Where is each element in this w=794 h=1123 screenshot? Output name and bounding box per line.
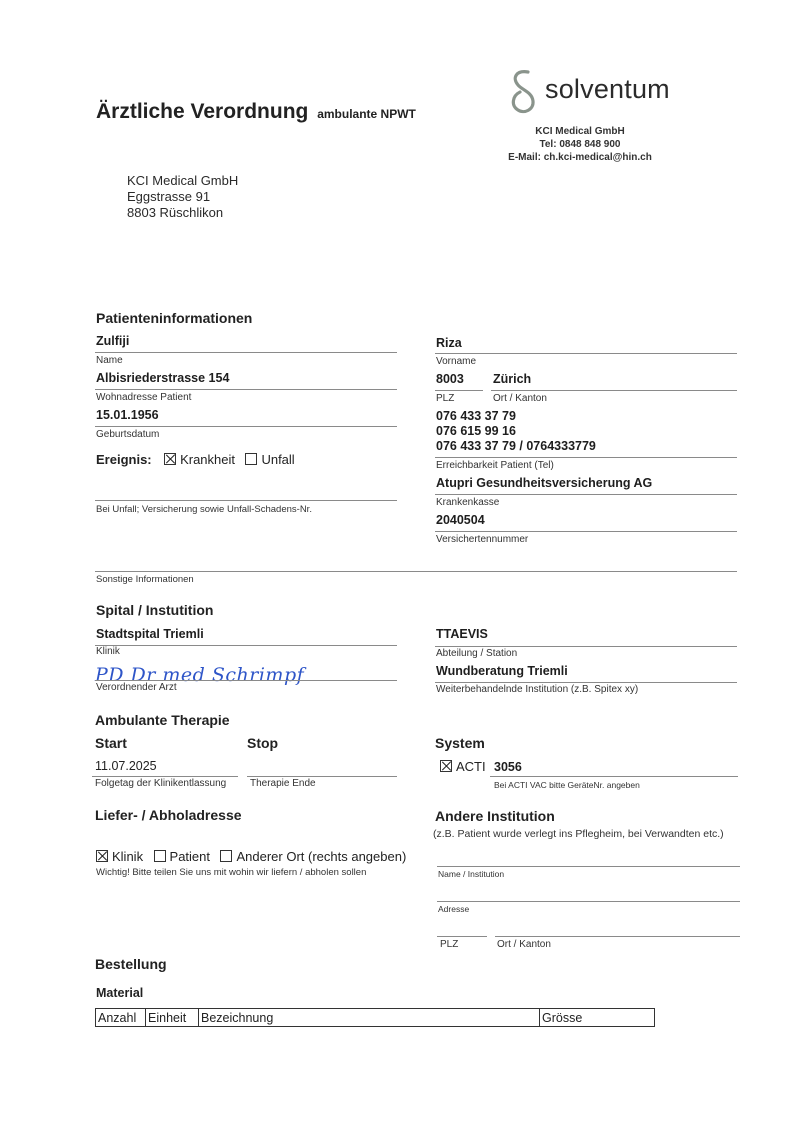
divider <box>92 776 238 777</box>
followup-value[interactable]: Wundberatung Triemli <box>436 664 568 678</box>
solventum-s-icon <box>506 68 540 116</box>
brand-contact: KCI Medical GmbH Tel: 0848 848 900 E-Mai… <box>500 125 660 164</box>
brand-tel: Tel: 0848 848 900 <box>500 138 660 151</box>
section-patient-title: Patienteninformationen <box>96 310 252 326</box>
divider <box>435 682 737 683</box>
other-institution-address-label: Adresse <box>438 904 469 914</box>
divider <box>435 646 737 647</box>
patient-phone-label: Erreichbarkeit Patient (Tel) <box>436 460 554 471</box>
therapy-stop-label: Therapie Ende <box>250 778 316 789</box>
recipient-company: KCI Medical GmbH <box>127 173 238 189</box>
option-label: Patient <box>170 849 210 864</box>
column-header-anzahl: Anzahl <box>96 1009 146 1027</box>
therapy-start-value[interactable]: 11.07.2025 <box>95 759 157 773</box>
device-number-label: Bei ACTI VAC bitte GeräteNr. angeben <box>494 780 640 790</box>
other-institution-city-label: Ort / Kanton <box>497 939 551 950</box>
patient-address-label: Wohnadresse Patient <box>96 392 191 403</box>
checkbox-empty-icon[interactable] <box>245 453 257 465</box>
recipient-address: KCI Medical GmbH Eggstrasse 91 8803 Rüsc… <box>127 173 238 221</box>
event-label: Ereignis: <box>96 452 152 467</box>
option-label: Anderer Ort (rechts angeben) <box>236 849 406 864</box>
other-institution-plz-field[interactable] <box>437 936 487 937</box>
other-institution-plz-label: PLZ <box>440 939 458 950</box>
patient-phone-list[interactable]: 076 433 37 79 076 615 99 16 076 433 37 7… <box>436 409 596 454</box>
clinic-value[interactable]: Stadtspital Triemli <box>96 627 204 641</box>
delivery-option-patient[interactable]: Patient <box>154 849 210 864</box>
patient-name-value[interactable]: Zulfiji <box>96 334 129 348</box>
divider <box>435 531 737 532</box>
followup-label: Weiterbehandelnde Institution (z.B. Spit… <box>436 684 638 695</box>
insurance-value[interactable]: Atupri Gesundheitsversicherung AG <box>436 476 652 490</box>
brand-company: KCI Medical GmbH <box>500 125 660 138</box>
patient-city-label: Ort / Kanton <box>493 393 547 404</box>
section-therapy-title: Ambulante Therapie <box>95 712 230 728</box>
patient-plz-value[interactable]: 8003 <box>436 372 464 386</box>
other-institution-address-field[interactable] <box>437 901 740 902</box>
delivery-note: Wichtig! Bitte teilen Sie uns mit wohin … <box>96 867 366 878</box>
therapy-start-label: Folgetag der Klinikentlassung <box>95 778 226 789</box>
accident-info-label: Bei Unfall; Versicherung sowie Unfall-Sc… <box>96 504 312 515</box>
section-order-title: Bestellung <box>95 956 167 972</box>
column-header-einheit: Einheit <box>146 1009 199 1027</box>
divider <box>435 353 737 354</box>
recipient-city: 8803 Rüschlikon <box>127 205 238 221</box>
checkbox-checked-icon[interactable] <box>440 760 452 772</box>
divider <box>490 776 738 777</box>
section-hospital-title: Spital / Instutition <box>96 602 213 618</box>
divider <box>435 390 483 391</box>
other-institution-city-field[interactable] <box>495 936 740 937</box>
material-title: Material <box>96 986 143 1000</box>
patient-phone-1: 076 433 37 79 <box>436 409 596 424</box>
patient-city-value[interactable]: Zürich <box>493 372 531 386</box>
material-table: Anzahl Einheit Bezeichnung Grösse <box>95 1008 655 1027</box>
divider <box>95 426 397 427</box>
delivery-option-other[interactable]: Anderer Ort (rechts angeben) <box>220 849 406 864</box>
insurance-number-label: Versichertennummer <box>436 534 528 545</box>
checkbox-checked-icon[interactable] <box>164 453 176 465</box>
option-label: Klinik <box>112 849 143 864</box>
title-subtitle: ambulante NPWT <box>317 107 416 121</box>
patient-name-label: Name <box>96 355 123 366</box>
delivery-option-klinik[interactable]: Klinik <box>96 849 143 864</box>
checkbox-empty-icon[interactable] <box>154 850 166 862</box>
patient-birthdate-label: Geburtsdatum <box>96 429 159 440</box>
divider <box>95 352 397 353</box>
divider <box>95 680 397 681</box>
department-label: Abteilung / Station <box>436 648 517 659</box>
device-number-value[interactable]: 3056 <box>494 760 522 774</box>
option-label: Krankheit <box>180 452 235 467</box>
doctor-label: Verordnender Arzt <box>96 682 177 693</box>
event-selector: Ereignis: Krankheit Unfall <box>96 451 295 469</box>
patient-firstname-value[interactable]: Riza <box>436 336 462 350</box>
therapy-system-heading: System <box>435 735 485 751</box>
divider <box>491 390 737 391</box>
section-delivery-title: Liefer- / Abholadresse <box>95 807 242 823</box>
divider <box>435 457 737 458</box>
therapy-stop-field[interactable] <box>247 776 397 777</box>
checkbox-checked-icon[interactable] <box>96 850 108 862</box>
document-title: Ärztliche Verordnung ambulante NPWT <box>96 100 416 124</box>
divider <box>95 645 397 646</box>
therapy-start-heading: Start <box>95 735 127 751</box>
accident-info-field[interactable] <box>95 500 397 501</box>
patient-firstname-label: Vorname <box>436 356 476 367</box>
event-option-krankheit[interactable]: Krankheit <box>164 452 235 467</box>
section-other-institution-title: Andere Institution <box>435 808 555 824</box>
divider <box>95 389 397 390</box>
divider <box>435 494 737 495</box>
column-header-groesse: Grösse <box>540 1009 655 1027</box>
patient-birthdate-value[interactable]: 15.01.1956 <box>96 408 159 422</box>
system-option-acti[interactable]: ACTI <box>440 759 486 774</box>
option-label: Unfall <box>261 452 294 467</box>
brand-email: E-Mail: ch.kci-medical@hin.ch <box>500 151 660 164</box>
other-info-label: Sonstige Informationen <box>96 574 194 585</box>
patient-address-value[interactable]: Albisriederstrasse 154 <box>96 371 229 385</box>
option-label: ACTI <box>456 759 486 774</box>
checkbox-empty-icon[interactable] <box>220 850 232 862</box>
title-main: Ärztliche Verordnung <box>96 100 308 123</box>
insurance-label: Krankenkasse <box>436 497 499 508</box>
delivery-options: Klinik Patient Anderer Ort (rechts angeb… <box>96 848 406 866</box>
event-option-unfall[interactable]: Unfall <box>245 452 294 467</box>
patient-phone-3: 076 433 37 79 / 0764333779 <box>436 439 596 454</box>
recipient-street: Eggstrasse 91 <box>127 189 238 205</box>
insurance-number-value[interactable]: 2040504 <box>436 513 485 527</box>
other-institution-name-field[interactable] <box>437 866 740 867</box>
table-header-row: Anzahl Einheit Bezeichnung Grösse <box>96 1009 655 1027</box>
therapy-stop-heading: Stop <box>247 735 278 751</box>
clinic-label: Klinik <box>96 646 120 657</box>
patient-phone-2: 076 615 99 16 <box>436 424 596 439</box>
brand-logo-text: solventum <box>545 74 670 105</box>
other-info-field[interactable] <box>95 571 737 572</box>
patient-plz-label: PLZ <box>436 393 454 404</box>
other-institution-hint: (z.B. Patient wurde verlegt ins Pfleghei… <box>433 828 724 840</box>
column-header-bezeichnung: Bezeichnung <box>199 1009 540 1027</box>
other-institution-name-label: Name / Institution <box>438 869 504 879</box>
department-value[interactable]: TTAEVIS <box>436 627 488 641</box>
